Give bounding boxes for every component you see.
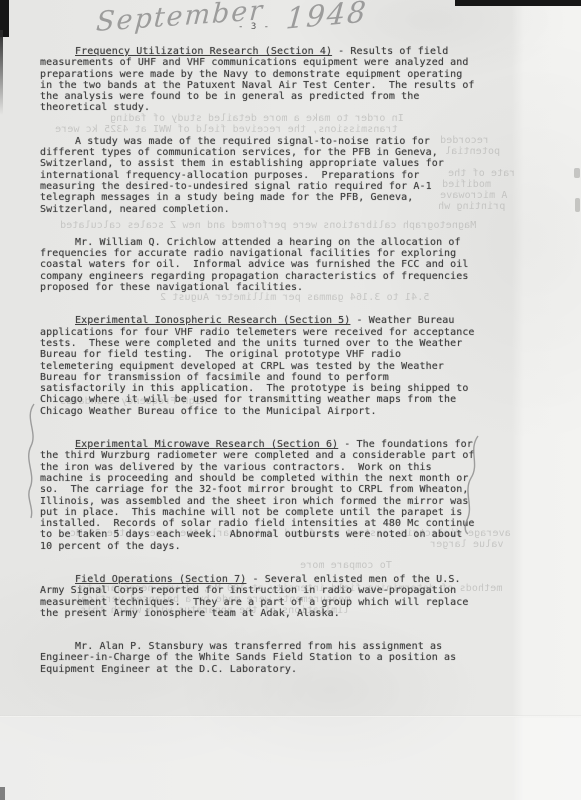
section-heading: Experimental Ionospheric Research (Secti… — [75, 315, 350, 326]
pencil-margin-mark-right — [458, 434, 484, 536]
scan-artifact-top-right — [455, 0, 581, 6]
handwritten-month: September — [95, 0, 265, 38]
paragraph: Experimental Ionospheric Research (Secti… — [40, 315, 476, 417]
scan-artifact-left-edge — [0, 30, 3, 115]
section-heading: Experimental Microwave Research (Section… — [75, 439, 338, 450]
paragraph: Field Operations (Section 7) - Several e… — [40, 574, 476, 619]
paragraph: A study was made of the required signal-… — [40, 136, 476, 215]
paragraph: Mr. Alan P. Stansbury was transferred fr… — [40, 641, 476, 675]
paragraph: Experimental Microwave Research (Section… — [40, 439, 476, 552]
section-heading: Frequency Utilization Research (Section … — [75, 46, 332, 57]
page-bottom-lighter-area — [0, 718, 581, 800]
paragraph: Mr. William Q. Crichlow attended a heari… — [40, 237, 476, 293]
scanned-document-page: In order to make a more detailed study o… — [0, 0, 581, 800]
document-body: Frequency Utilization Research (Section … — [40, 46, 476, 697]
paragraph: Frequency Utilization Research (Section … — [40, 46, 476, 114]
page-number: - 3 - — [238, 22, 270, 32]
section-heading: Field Operations (Section 7) — [75, 574, 246, 585]
pencil-margin-mark-left — [20, 402, 44, 522]
scan-smudge — [575, 198, 580, 212]
scan-smudge — [574, 168, 580, 178]
handwritten-year: 1948 — [285, 0, 370, 36]
